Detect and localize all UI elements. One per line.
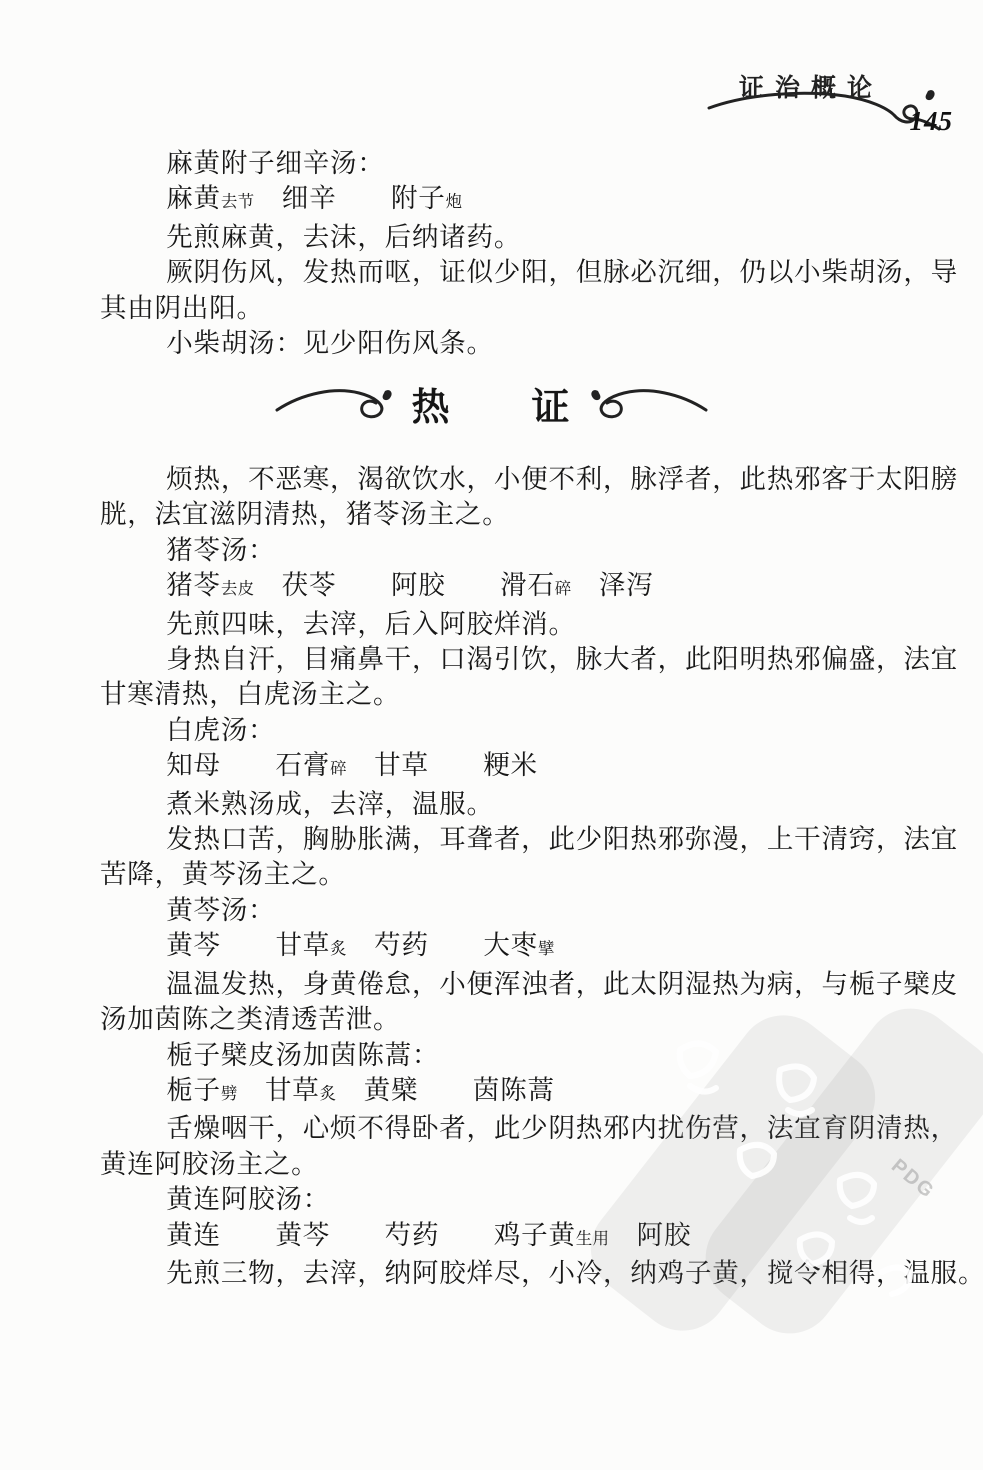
text-line: 黄芩汤： — [100, 893, 912, 928]
text-run: 汤加茵陈之类清透苦泄。 — [100, 1004, 400, 1034]
prep-annotation: 擘 — [538, 939, 555, 958]
text-line: 汤加茵陈之类清透苦泄。 — [100, 1002, 912, 1037]
text-run: 烦热，不恶寒，渴欲饮水，小便不利，脉浮者，此热邪客于太阳膀 — [166, 464, 958, 494]
prep-annotation: 碎 — [330, 759, 347, 778]
text-run: 黄檗 茵陈蒿 — [336, 1075, 554, 1105]
text-run: 甘草 粳米 — [347, 750, 538, 780]
text-run: 身热自汗，目痛鼻干，口渴引饮，脉大者，此阳明热邪偏盛，法宜 — [166, 644, 958, 674]
text-line: 舌燥咽干，心烦不得卧者，此少阴热邪内扰伤营，法宜育阴清热， — [100, 1111, 912, 1146]
prep-annotation: 碎 — [555, 579, 572, 598]
text-run: 小柴胡汤：见少阳伤风条。 — [166, 328, 494, 358]
section-heading-text: 热 证 — [411, 376, 571, 431]
text-line: 知母 石膏碎 甘草 粳米 — [100, 748, 912, 786]
text-run: 阿胶 — [609, 1220, 691, 1250]
text-line: 先煎麻黄，去沫，后纳诸药。 — [100, 220, 912, 255]
text-run: 麻黄附子细辛汤： — [166, 148, 384, 178]
prep-annotation: 劈 — [221, 1084, 238, 1103]
text-line: 白虎汤： — [100, 713, 912, 748]
text-line: 黄芩 甘草炙 芍药 大枣擘 — [100, 928, 912, 966]
text-run: 煮米熟汤成，去滓，温服。 — [166, 789, 494, 819]
text-run: 苦降，黄芩汤主之。 — [100, 859, 346, 889]
text-line: 其由阴出阳。 — [100, 291, 912, 326]
text-run: 甘草 — [238, 1075, 320, 1105]
text-line: 栀子劈 甘草炙 黄檗 茵陈蒿 — [100, 1073, 912, 1111]
text-line: 煮米熟汤成，去滓，温服。 — [100, 787, 912, 822]
text-line: 黄连阿胶汤： — [100, 1182, 912, 1217]
text-block-main: 烦热，不恶寒，渴欲饮水，小便不利，脉浮者，此热邪客于太阳膀胱，法宜滋阴清热，猪苓… — [100, 462, 912, 1291]
text-run: 温温发热，身黄倦怠，小便浑浊者，此太阴湿热为病，与栀子檗皮 — [166, 969, 958, 999]
text-run: 黄芩 甘草 — [166, 930, 330, 960]
text-run: 茯苓 阿胶 滑石 — [254, 570, 554, 600]
prep-annotation: 生用 — [576, 1229, 610, 1248]
text-line: 先煎四味，去滓，后入阿胶烊消。 — [100, 607, 912, 642]
text-block-top: 麻黄附子细辛汤：麻黄去节 细辛 附子炮先煎麻黄，去沫，后纳诸药。厥阴伤风，发热而… — [100, 146, 912, 361]
scanned-book-page: 证治概论 145 麻黄附子细辛汤：麻黄去节 细辛 附子炮先煎麻黄，去沫，后纳诸药… — [0, 0, 983, 1470]
text-line: 苦降，黄芩汤主之。 — [100, 857, 912, 892]
text-run: 麻黄 — [166, 183, 221, 213]
text-run: 先煎四味，去滓，后入阿胶烊消。 — [166, 609, 576, 639]
text-run: 芍药 大枣 — [347, 930, 538, 960]
text-line: 发热口苦，胸胁胀满，耳聋者，此少阳热邪弥漫，上干清窍，法宜 — [100, 822, 912, 857]
text-line: 栀子檗皮汤加茵陈蒿： — [100, 1038, 912, 1073]
text-line: 麻黄附子细辛汤： — [100, 146, 912, 181]
text-run: 先煎三物，去滓，纳阿胶烊尽，小冷，纳鸡子黄，搅令相得，温服。 — [166, 1258, 983, 1288]
text-run: 泽泻 — [572, 570, 654, 600]
text-line: 温温发热，身黄倦怠，小便浑浊者，此太阴湿热为病，与栀子檗皮 — [100, 967, 912, 1002]
text-run: 黄连阿胶汤主之。 — [100, 1149, 318, 1179]
text-run: 白虎汤： — [166, 715, 275, 745]
text-line: 甘寒清热，白虎汤主之。 — [100, 677, 912, 712]
text-run: 猪苓 — [166, 570, 221, 600]
text-run: 其由阴出阳。 — [100, 293, 264, 323]
text-run: 栀子 — [166, 1075, 221, 1105]
text-run: 先煎麻黄，去沫，后纳诸药。 — [166, 222, 521, 252]
text-run: 栀子檗皮汤加茵陈蒿： — [166, 1040, 439, 1070]
text-line: 烦热，不恶寒，渴欲饮水，小便不利，脉浮者，此热邪客于太阳膀 — [100, 462, 912, 497]
text-run: 知母 石膏 — [166, 750, 330, 780]
flourish-right-icon — [586, 382, 708, 426]
text-run: 黄芩汤： — [166, 895, 275, 925]
text-run: 舌燥咽干，心烦不得卧者，此少阴热邪内扰伤营，法宜育阴清热， — [166, 1113, 958, 1143]
text-line: 麻黄去节 细辛 附子炮 — [100, 181, 912, 219]
text-run: 细辛 附子 — [254, 183, 445, 213]
text-run: 黄连 黄芩 芍药 鸡子黄 — [166, 1220, 576, 1250]
text-line: 小柴胡汤：见少阳伤风条。 — [100, 326, 912, 361]
text-run: 胱，法宜滋阴清热，猪苓汤主之。 — [100, 499, 510, 529]
prep-annotation: 去节 — [221, 192, 255, 211]
text-run: 发热口苦，胸胁胀满，耳聋者，此少阳热邪弥漫，上干清窍，法宜 — [166, 824, 958, 854]
text-run: 厥阴伤风，发热而呕，证似少阳，但脉必沉细，仍以小柴胡汤，导 — [166, 257, 958, 287]
text-run: 黄连阿胶汤： — [166, 1184, 330, 1214]
prep-annotation: 炙 — [330, 939, 347, 958]
text-line: 身热自汗，目痛鼻干，口渴引饮，脉大者，此阳明热邪偏盛，法宜 — [100, 642, 912, 677]
prep-annotation: 去皮 — [221, 579, 255, 598]
page-number: 145 — [910, 106, 954, 137]
text-line: 厥阴伤风，发热而呕，证似少阳，但脉必沉细，仍以小柴胡汤，导 — [100, 255, 912, 290]
prep-annotation: 炮 — [446, 192, 463, 211]
text-line: 胱，法宜滋阴清热，猪苓汤主之。 — [100, 497, 912, 532]
text-line: 先煎三物，去滓，纳阿胶烊尽，小冷，纳鸡子黄，搅令相得，温服。 — [100, 1256, 912, 1291]
text-line: 黄连阿胶汤主之。 — [100, 1147, 912, 1182]
text-line: 黄连 黄芩 芍药 鸡子黄生用 阿胶 — [100, 1218, 912, 1256]
text-run: 甘寒清热，白虎汤主之。 — [100, 679, 400, 709]
page-header: 证治概论 145 — [0, 0, 983, 150]
flourish-left-icon — [275, 382, 397, 426]
section-heading: 热 证 — [0, 376, 983, 431]
text-line: 猪苓汤： — [100, 533, 912, 568]
text-line: 猪苓去皮 茯苓 阿胶 滑石碎 泽泻 — [100, 568, 912, 606]
text-run: 猪苓汤： — [166, 535, 275, 565]
prep-annotation: 炙 — [320, 1084, 337, 1103]
